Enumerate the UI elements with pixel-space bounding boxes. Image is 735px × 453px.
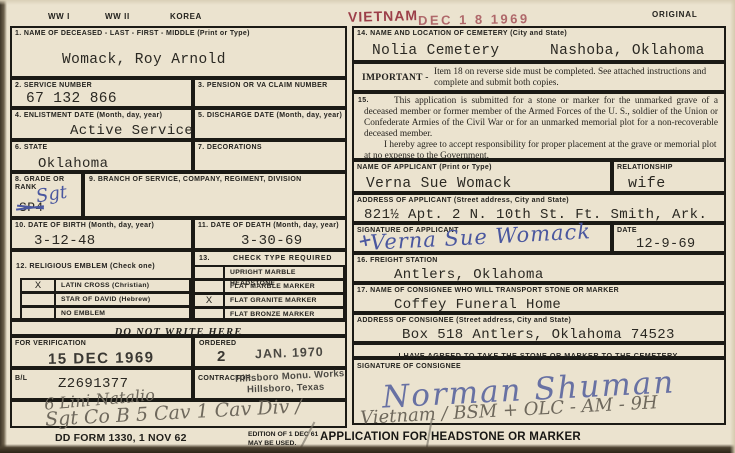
contractor-cell: CONTRACTOR Hillsboro Monu. Works Hillsbo… <box>193 368 347 400</box>
consignee-address-label: ADDRESS OF CONSIGNEE (Street address, Ci… <box>357 317 571 325</box>
type-option-flat-marble: FLAT MARBLE MARKER <box>195 279 345 294</box>
war-label-ww2: WW II <box>105 12 130 21</box>
signature-date-value: 12-9-69 <box>636 237 696 252</box>
scan-edge-top <box>0 0 735 5</box>
field-13-check-type-required: 13. CHECK TYPE REQUIRED UPRIGHT MARBLE H… <box>193 250 347 320</box>
war-label-ww1: WW I <box>48 12 70 21</box>
war-label-korea: KOREA <box>170 12 202 21</box>
ordered-day-stamp: 2 <box>217 348 225 365</box>
field-6-label: 6. STATE <box>15 144 48 152</box>
form-title: APPLICATION FOR HEADSTONE OR MARKER <box>320 431 581 443</box>
emblem-no-emblem-label: NO EMBLEM <box>56 306 191 321</box>
emblem-option-latin-cross: X LATIN CROSS (Christian) <box>20 278 191 293</box>
relationship-label: RELATIONSHIP <box>617 164 673 172</box>
field-15-certification: 15. This application is submitted for a … <box>352 92 726 160</box>
field-12-religious-emblem: 12. RELIGIOUS EMBLEM (Check one) X LATIN… <box>10 250 193 320</box>
emblem-star-of-david-label: STAR OF DAVID (Hebrew) <box>56 292 191 307</box>
emblem-latin-cross-label: LATIN CROSS (Christian) <box>56 278 191 293</box>
type-flat-marble-checkbox <box>195 279 225 294</box>
emblem-option-star-of-david: STAR OF DAVID (Hebrew) <box>20 292 191 307</box>
applicant-address-cell: ADDRESS OF APPLICANT (Street address, Ci… <box>352 193 726 223</box>
relationship-cell: RELATIONSHIP wife <box>612 160 726 193</box>
field-2-service-number: 2. SERVICE NUMBER 67 132 866 <box>10 78 193 108</box>
field-10-date-of-birth: 10. DATE OF BIRTH (Month, day, year) 3-1… <box>10 218 193 250</box>
field-10-label: 10. DATE OF BIRTH (Month, day, year) <box>15 222 154 230</box>
scan-edge-bottom <box>0 444 735 453</box>
consignee-address-value: Box 518 Antlers, Oklahoma 74523 <box>402 327 675 343</box>
field-16-freight-station: 16. FREIGHT STATION Antlers, Oklahoma <box>352 253 726 283</box>
ordered-date-stamp: JAN. 1970 <box>255 345 324 361</box>
field-11-label: 11. DATE OF DEATH (Month, day, year) <box>198 222 339 230</box>
agreement-banner: I HAVE AGREED TO TAKE THE STONE OR MARKE… <box>352 343 726 358</box>
type-option-upright-marble: UPRIGHT MARBLE HEADSTONE <box>195 265 345 280</box>
field-15-paragraph-1: This application is submitted for a ston… <box>364 96 718 140</box>
important-label: IMPORTANT - <box>362 73 429 83</box>
applicant-address-value: 821½ Apt. 2 N. 10th St. Ft. Smith, Ark. <box>364 207 707 223</box>
form-number: DD FORM 1330, 1 NOV 62 <box>55 432 187 444</box>
field-14-cemetery: 14. NAME AND LOCATION OF CEMETERY (City … <box>352 26 726 62</box>
applicant-signature-cell: SIGNATURE OF APPLICANT + Verna Sue Womac… <box>352 223 612 253</box>
field-5-label: 5. DISCHARGE DATE (Month, day, year) <box>198 112 342 120</box>
original-label: ORIGINAL <box>652 10 698 19</box>
field-3-label: 3. PENSION OR VA CLAIM NUMBER <box>198 82 328 90</box>
field-7-label: 7. DECORATIONS <box>198 144 262 152</box>
field-17-consignee: 17. NAME OF CONSIGNEE WHO WILL TRANSPORT… <box>352 283 726 313</box>
field-14-label: 14. NAME AND LOCATION OF CEMETERY (City … <box>357 30 567 38</box>
applicant-name-label: NAME OF APPLICANT (Print or Type) <box>357 164 492 172</box>
type-upright-marble-label: UPRIGHT MARBLE HEADSTONE <box>225 265 345 280</box>
field-14-cemetery-location: Nashoba, Oklahoma <box>550 43 705 59</box>
ordered-cell: ORDERED 2 JAN. 1970 <box>193 336 347 368</box>
field-6-value: Oklahoma <box>38 156 108 172</box>
field-8-handwritten-rank: Sgt <box>35 182 69 208</box>
field-16-value: Antlers, Oklahoma <box>394 267 544 283</box>
field-17-label: 17. NAME OF CONSIGNEE WHO WILL TRANSPORT… <box>357 287 619 295</box>
bill-of-lading-label: B/L <box>15 375 27 383</box>
type-option-flat-granite: X FLAT GRANITE MARKER <box>195 293 345 308</box>
contractor-stamp-line2: Hillsboro, Texas <box>247 382 325 396</box>
scanned-form-dd-1330: WW I WW II KOREA VIETNAM DEC 1 8 1969 OR… <box>0 0 735 453</box>
field-8-grade-or-rank: 8. GRADE OR RANK SP4 Sgt <box>10 172 83 218</box>
signature-date-cell: DATE 12-9-69 <box>612 223 726 253</box>
vietnam-stamp: VIETNAM <box>348 7 418 25</box>
field-11-date-of-death: 11. DATE OF DEATH (Month, day, year) 3-3… <box>193 218 347 250</box>
applicant-name-cell: NAME OF APPLICANT (Print or Type) Verna … <box>352 160 612 193</box>
field-4-value: Active Service <box>70 123 193 139</box>
type-flat-granite-checkbox: X <box>195 293 225 308</box>
field-13-number: 13. <box>199 255 210 263</box>
field-11-value: 3-30-69 <box>241 233 303 249</box>
applicant-name-value: Verna Sue Womack <box>366 176 512 192</box>
type-upright-marble-checkbox <box>195 265 225 280</box>
field-4-enlistment-date: 4. ENLISTMENT DATE (Month, day, year) Ac… <box>10 108 193 140</box>
field-9-branch-of-service: 9. BRANCH OF SERVICE, COMPANY, REGIMENT,… <box>83 172 347 218</box>
received-date-stamp: DEC 1 8 1969 <box>418 11 530 28</box>
field-15-paragraph-2: I hereby agree to accept responsibility … <box>364 140 718 162</box>
field-17-value: Coffey Funeral Home <box>394 297 561 313</box>
emblem-no-emblem-checkbox <box>20 306 56 321</box>
bill-of-lading-cell: B/L Z2691377 6 Lini Natalio <box>10 368 193 400</box>
relationship-value: wife <box>628 175 666 192</box>
field-6-state: 6. STATE Oklahoma <box>10 140 193 172</box>
field-12-label: 12. RELIGIOUS EMBLEM (Check one) <box>16 262 155 270</box>
field-2-label: 2. SERVICE NUMBER <box>15 82 92 90</box>
consignee-signature-label: SIGNATURE OF CONSIGNEE <box>357 363 461 371</box>
scan-edge-left <box>0 0 7 453</box>
applicant-signature-value: Verna Sue Womack <box>370 219 592 255</box>
emblem-latin-cross-checkbox: X <box>20 278 56 293</box>
applicant-address-label: ADDRESS OF APPLICANT (Street address, Ci… <box>357 197 569 205</box>
field-1-name-of-deceased: 1. NAME OF DECEASED - LAST - FIRST - MID… <box>10 26 347 78</box>
field-5-discharge-date: 5. DISCHARGE DATE (Month, day, year) <box>193 108 347 140</box>
emblem-star-of-david-checkbox <box>20 292 56 307</box>
consignee-address-cell: ADDRESS OF CONSIGNEE (Street address, Ci… <box>352 313 726 343</box>
type-flat-marble-label: FLAT MARBLE MARKER <box>225 279 345 294</box>
field-13-title: CHECK TYPE REQUIRED <box>233 255 332 263</box>
do-not-write-banner: DO NOT WRITE HERE <box>10 320 347 336</box>
emblem-option-no-emblem: NO EMBLEM <box>20 306 191 321</box>
field-16-label: 16. FREIGHT STATION <box>357 257 438 265</box>
ordered-label: ORDERED <box>199 340 236 348</box>
verification-date-stamp: 15 DEC 1969 <box>48 349 155 368</box>
verification-cell: FOR VERIFICATION 15 DEC 1969 <box>10 336 193 368</box>
signature-date-label: DATE <box>617 227 637 235</box>
field-2-value: 67 132 866 <box>26 91 117 107</box>
field-1-value: Womack, Roy Arnold <box>62 52 226 68</box>
field-9-label: 9. BRANCH OF SERVICE, COMPANY, REGIMENT,… <box>89 176 302 184</box>
important-text: Item 18 on reverse side must be complete… <box>434 67 720 89</box>
important-notice-cell: IMPORTANT - Item 18 on reverse side must… <box>352 62 726 92</box>
field-1-label: 1. NAME OF DECEASED - LAST - FIRST - MID… <box>15 30 250 38</box>
verification-label: FOR VERIFICATION <box>15 340 86 348</box>
field-14-cemetery-name: Nolia Cemetery <box>372 43 499 59</box>
type-flat-granite-label: FLAT GRANITE MARKER <box>225 293 345 308</box>
field-3-pension-claim-number: 3. PENSION OR VA CLAIM NUMBER <box>193 78 347 108</box>
field-10-value: 3-12-48 <box>34 233 96 249</box>
scan-edge-right <box>730 0 735 453</box>
field-4-label: 4. ENLISTMENT DATE (Month, day, year) <box>15 112 162 120</box>
field-7-decorations: 7. DECORATIONS <box>193 140 347 172</box>
